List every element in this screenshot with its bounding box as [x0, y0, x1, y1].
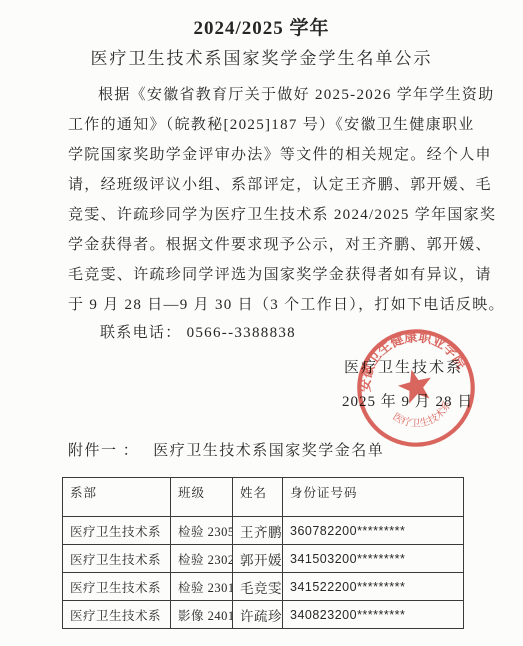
- table-header-row: 系部 班级 姓名 身份证号码: [63, 478, 464, 517]
- header-id-number: 身份证号码: [283, 478, 464, 517]
- cell-student-name: 郭开媛: [233, 545, 283, 573]
- cell-student-name: 王齐鹏: [233, 517, 283, 545]
- notice-document-page: 2024/2025 学年 医疗卫生技术系国家奖学金学生名单公示 根据《安徽省教育…: [0, 0, 523, 646]
- attachment-title: 医疗卫生技术系国家奖学金名单: [153, 443, 384, 459]
- header-name: 姓名: [233, 478, 283, 517]
- contact-label: 联系电话：: [100, 325, 182, 341]
- document-title-main: 医疗卫生技术系国家奖学金学生名单公示: [0, 44, 523, 69]
- attachment-label: 附件一 ：: [68, 443, 139, 459]
- scholarship-roster-table: 系部 班级 姓名 身份证号码 医疗卫生技术系 检验 2305 王齐鹏 36078…: [62, 477, 464, 629]
- cell-department: 医疗卫生技术系: [63, 517, 171, 545]
- body-line: 毛竞雯、许疏珍同学评选为国家奖学金获得者如有异议，请: [68, 260, 460, 290]
- body-line: 学金获得者。根据文件要求现予公示，对王齐鹏、郭开媛、: [68, 230, 460, 260]
- body-line: 请，经班级评议小组、系部评定，认定王齐鹏、郭开媛、毛: [68, 170, 460, 200]
- cell-department: 医疗卫生技术系: [63, 601, 171, 629]
- body-line: 竞雯、许疏珍同学为医疗卫生技术系 2024/2025 学年国家奖: [68, 200, 460, 230]
- notice-body: 根据《安徽省教育厅关于做好 2025-2026 学年学生资助 工作的通知》（皖教…: [68, 80, 460, 320]
- cell-department: 医疗卫生技术系: [63, 545, 171, 573]
- cell-id-number: 341503200*********: [283, 545, 464, 573]
- body-line: 于 9 月 28 日—9 月 30 日（3 个工作日），打如下电话反映。: [68, 290, 460, 320]
- document-title-year: 2024/2025 学年: [0, 13, 523, 40]
- table-row: 医疗卫生技术系 检验 2302 郭开媛 341503200*********: [63, 545, 464, 573]
- cell-student-name: 毛竞雯: [233, 573, 283, 601]
- cell-department: 医疗卫生技术系: [63, 573, 171, 601]
- cell-class: 影像 2401: [171, 601, 233, 629]
- attachment-heading: 附件一 ：医疗卫生技术系国家奖学金名单: [68, 439, 384, 460]
- table-row: 医疗卫生技术系 影像 2401 许疏珍 340823200*********: [63, 601, 464, 629]
- body-line: 根据《安徽省教育厅关于做好 2025-2026 学年学生资助: [68, 80, 460, 110]
- signature-date: 2025 年 9 月 28 日: [342, 390, 473, 411]
- cell-id-number: 340823200*********: [283, 601, 464, 629]
- cell-class: 检验 2302: [171, 545, 233, 573]
- contact-phone-line: 联系电话： 0566--3388838: [100, 318, 296, 348]
- cell-class: 检验 2305: [171, 517, 233, 545]
- table-row: 医疗卫生技术系 检验 2305 王齐鹏 360782200*********: [63, 517, 464, 545]
- cell-id-number: 341522200*********: [283, 573, 464, 601]
- signature-department: 医疗卫生技术系: [344, 356, 463, 377]
- body-line: 工作的通知》（皖教秘[2025]187 号）《安徽卫生健康职业: [68, 110, 460, 140]
- contact-phone-number: 0566--3388838: [187, 325, 296, 341]
- cell-class: 检验 2301: [171, 573, 233, 601]
- seal-ring: [347, 319, 484, 456]
- table-row: 医疗卫生技术系 检验 2301 毛竞雯 341522200*********: [63, 573, 464, 601]
- header-department: 系部: [63, 478, 171, 517]
- body-line: 学院国家奖助学金评审办法》等文件的相关规定。经个人申: [68, 140, 460, 170]
- cell-student-name: 许疏珍: [233, 601, 283, 629]
- cell-id-number: 360782200*********: [283, 517, 464, 545]
- header-class: 班级: [171, 478, 233, 517]
